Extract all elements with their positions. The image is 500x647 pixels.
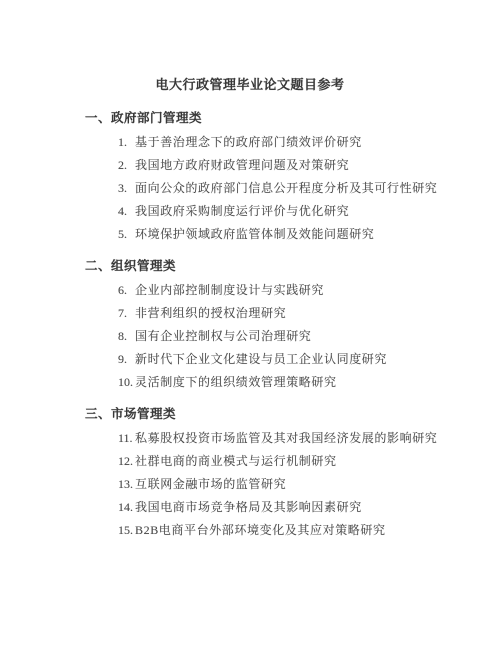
item-number: 9. (118, 353, 135, 366)
item-text: 我国政府采购制度运行评价与优化研究 (135, 205, 349, 218)
list-item: 15. B2B电商平台外部环境变化及其应对策略研究 (118, 524, 470, 537)
list-item: 1. 基于善治理念下的政府部门绩效评价研究 (118, 136, 470, 149)
item-text: 面向公众的政府部门信息公开程度分析及其可行性研究 (135, 182, 437, 195)
list-item: 11. 私募股权投资市场监管及其对我国经济发展的影响研究 (118, 432, 470, 445)
list-item: 10. 灵活制度下的组织绩效管理策略研究 (118, 376, 470, 389)
list-item: 8. 国有企业控制权与公司治理研究 (118, 330, 470, 343)
list-item: 13. 互联网金融市场的监管研究 (118, 478, 470, 491)
item-text: B2B电商平台外部环境变化及其应对策略研究 (135, 524, 386, 537)
document-content: 电大行政管理毕业论文题目参考 一、政府部门管理类 1. 基于善治理念下的政府部门… (0, 0, 500, 537)
item-text: 非营利组织的授权治理研究 (135, 307, 286, 320)
item-number: 8. (118, 330, 135, 343)
item-text: 灵活制度下的组织绩效管理策略研究 (135, 376, 337, 389)
item-text: 我国电商市场竞争格局及其影响因素研究 (135, 501, 362, 514)
list-item: 6. 企业内部控制制度设计与实践研究 (118, 284, 470, 297)
item-number: 14. (118, 501, 135, 514)
item-number: 13. (118, 478, 135, 491)
item-text: 国有企业控制权与公司治理研究 (135, 330, 311, 343)
section-government-departments: 一、政府部门管理类 1. 基于善治理念下的政府部门绩效评价研究 2. 我国地方政… (0, 108, 500, 241)
section-market-management: 三、市场管理类 11. 私募股权投资市场监管及其对我国经济发展的影响研究 12.… (0, 404, 500, 537)
item-text: 私募股权投资市场监管及其对我国经济发展的影响研究 (135, 432, 437, 445)
list-item: 9. 新时代下企业文化建设与员工企业认同度研究 (118, 353, 470, 366)
list-item: 5. 环境保护领域政府监管体制及效能问题研究 (118, 228, 470, 241)
item-number: 10. (118, 376, 135, 389)
item-number: 5. (118, 228, 135, 241)
item-text: 社群电商的商业模式与运行机制研究 (135, 455, 337, 468)
section-organization-management: 二、组织管理类 6. 企业内部控制制度设计与实践研究 7. 非营利组织的授权治理… (0, 256, 500, 389)
item-number: 12. (118, 455, 135, 468)
section-heading: 三、市场管理类 (85, 404, 500, 422)
item-number: 11. (118, 432, 135, 445)
item-number: 4. (118, 205, 135, 218)
item-number: 1. (118, 136, 135, 149)
item-number: 2. (118, 159, 135, 172)
document-page: 电大行政管理毕业论文题目参考 一、政府部门管理类 1. 基于善治理念下的政府部门… (0, 0, 500, 647)
list-item: 14. 我国电商市场竞争格局及其影响因素研究 (118, 501, 470, 514)
item-number: 15. (118, 524, 135, 537)
item-text: 新时代下企业文化建设与员工企业认同度研究 (135, 353, 387, 366)
list-item: 3. 面向公众的政府部门信息公开程度分析及其可行性研究 (118, 182, 470, 195)
list-item: 4. 我国政府采购制度运行评价与优化研究 (118, 205, 470, 218)
item-text: 环境保护领域政府监管体制及效能问题研究 (135, 228, 374, 241)
list-item: 12. 社群电商的商业模式与运行机制研究 (118, 455, 470, 468)
item-text: 我国地方政府财政管理问题及对策研究 (135, 159, 349, 172)
item-number: 6. (118, 284, 135, 297)
item-text: 基于善治理念下的政府部门绩效评价研究 (135, 136, 362, 149)
item-text: 互联网金融市场的监管研究 (135, 478, 286, 491)
list-item: 2. 我国地方政府财政管理问题及对策研究 (118, 159, 470, 172)
document-title: 电大行政管理毕业论文题目参考 (0, 74, 500, 93)
item-number: 7. (118, 307, 135, 320)
item-number: 3. (118, 182, 135, 195)
list-item: 7. 非营利组织的授权治理研究 (118, 307, 470, 320)
item-text: 企业内部控制制度设计与实践研究 (135, 284, 324, 297)
section-heading: 二、组织管理类 (85, 256, 500, 274)
section-heading: 一、政府部门管理类 (85, 108, 500, 126)
